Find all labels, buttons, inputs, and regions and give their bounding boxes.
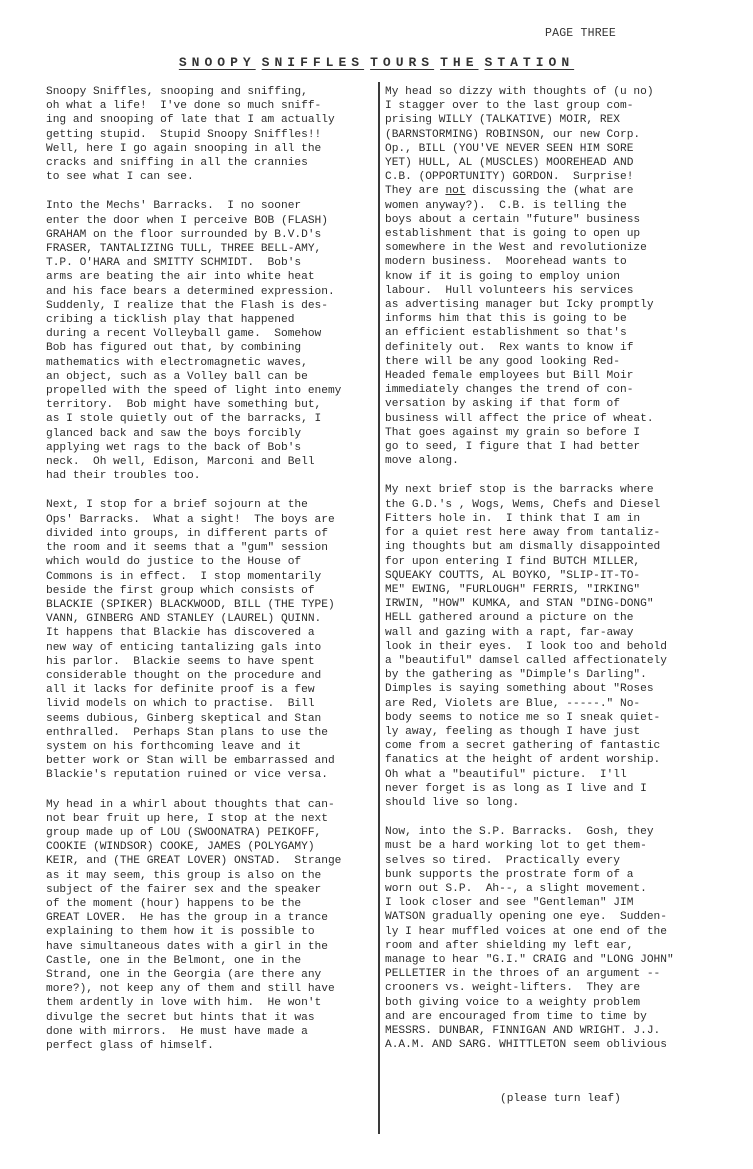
text-line: which would do justice to the House of [46, 555, 341, 569]
text-line: Blackie's reputation ruined or vice vers… [46, 768, 341, 782]
text-line: modern business. Moorehead wants to [385, 255, 674, 269]
text-line: informs him that this is going to be [385, 312, 674, 326]
text-line: Fitters hole in. I think that I am in [385, 512, 674, 526]
text-line: should live so long. [385, 796, 674, 810]
text-line: move along. [385, 454, 674, 468]
text-line: worn out S.P. Ah--, a slight movement. [385, 882, 674, 896]
text-line: arms are beating the air into white heat [46, 270, 341, 284]
text-line: Commons is in effect. I stop momentarily [46, 570, 341, 584]
text-line: That goes against my grain so before I [385, 426, 674, 440]
title-word: THE [440, 55, 478, 70]
text-line: SQUEAKY COUTTS, AL BOYKO, "SLIP-IT-TO- [385, 569, 674, 583]
text-line: must be a hard working lot to get them- [385, 839, 674, 853]
text-line: considerable thought on the procedure an… [46, 669, 341, 683]
text-line: MESSRS. DUNBAR, FINNIGAN AND WRIGHT. J.J… [385, 1024, 674, 1038]
text-line: subject of the fairer sex and the speake… [46, 883, 341, 897]
text-line: wall and gazing with a rapt, far-away [385, 626, 674, 640]
text-line: IRWIN, "HOW" KUMKA, and STAN "DING-DONG" [385, 597, 674, 611]
text-line: and are encouraged from time to time by [385, 1010, 674, 1024]
text-line: I look closer and see "Gentleman" JIM [385, 896, 674, 910]
title-word: SNOOPY [179, 55, 256, 70]
text-line: his parlor. Blackie seems to have spent [46, 655, 341, 669]
text-line: (BARNSTORMING) ROBINSON, our new Corp. [385, 128, 674, 142]
text-line: My head so dizzy with thoughts of (u no) [385, 85, 674, 99]
text-line: WATSON gradually opening one eye. Sudden… [385, 910, 674, 924]
text-line: more?), not keep any of them and still h… [46, 982, 341, 996]
continuation-note: (please turn leaf) [500, 1093, 621, 1105]
text-line: bunk supports the prostrate form of a [385, 868, 674, 882]
text-line: Op., BILL (YOU'VE NEVER SEEN HIM SORE [385, 142, 674, 156]
paragraph: My head so dizzy with thoughts of (u no)… [385, 85, 674, 468]
text-line: establishment that is going to open up [385, 227, 674, 241]
text-line: an object, such as a Volley ball can be [46, 370, 341, 384]
text-line: VANN, GINBERG AND STANLEY (LAUREL) QUINN… [46, 612, 341, 626]
text-line: My next brief stop is the barracks where [385, 483, 674, 497]
text-line: as advertising manager but Icky promptly [385, 298, 674, 312]
text-line: prising WILLY (TALKATIVE) MOIR, REX [385, 113, 674, 127]
text-line: business will affect the price of wheat. [385, 412, 674, 426]
text-line: better work or Stan will be embarrassed … [46, 754, 341, 768]
left-column: Snoopy Sniffles, snooping and sniffing,o… [46, 85, 341, 1068]
text-line: as it may seem, this group is also on th… [46, 869, 341, 883]
text-line: FRASER, TANTALIZING TULL, THREE BELL-AMY… [46, 242, 341, 256]
text-line: YET) HULL, AL (MUSCLES) MOOREHEAD AND [385, 156, 674, 170]
paragraph: My next brief stop is the barracks where… [385, 483, 674, 810]
text-line: Ops' Barracks. What a sight! The boys ar… [46, 513, 341, 527]
title-word: SNIFFLES [262, 55, 364, 70]
text-line: them ardently in love with him. He won't [46, 996, 341, 1010]
text-line: divided into groups, in different parts … [46, 527, 341, 541]
title-word: STATION [485, 55, 575, 70]
text-line: boys about a certain "future" business [385, 213, 674, 227]
text-line: come from a secret gathering of fantasti… [385, 739, 674, 753]
text-line: glanced back and saw the boys forcibly [46, 427, 341, 441]
text-line: versation by asking if that form of [385, 397, 674, 411]
text-line: My head in a whirl about thoughts that c… [46, 798, 341, 812]
text-line: Dimples is saying something about "Roses [385, 682, 674, 696]
paragraph: Into the Mechs' Barracks. I no soonerent… [46, 199, 341, 483]
text-line: never forget is as long as I live and I [385, 782, 674, 796]
text-line: Snoopy Sniffles, snooping and sniffing, [46, 85, 341, 99]
text-line: getting stupid. Stupid Snoopy Sniffles!! [46, 128, 341, 142]
text-line: Bob has figured out that, by combining [46, 341, 341, 355]
text-line: Next, I stop for a brief sojourn at the [46, 498, 341, 512]
paragraph: My head in a whirl about thoughts that c… [46, 798, 341, 1054]
text-line: women anyway?). C.B. is telling the [385, 199, 674, 213]
text-line: It happens that Blackie has discovered a [46, 626, 341, 640]
paragraph: Next, I stop for a brief sojourn at theO… [46, 498, 341, 782]
text-line: for a quiet rest here away from tantaliz… [385, 526, 674, 540]
title-word: TOURS [370, 55, 434, 70]
text-line: definitely out. Rex wants to know if [385, 341, 674, 355]
text-line: A.A.M. AND SARG. WHITTLETON seem oblivio… [385, 1038, 674, 1052]
text-line: ME" EWING, "FURLOUGH" FERRIS, "IRKING" [385, 583, 674, 597]
text-line: somewhere in the West and revolutionize [385, 241, 674, 255]
text-line: cribing a ticklish play that happened [46, 313, 341, 327]
paragraph: Now, into the S.P. Barracks. Gosh, theym… [385, 825, 674, 1052]
text-line: fanatics at the height of ardent worship… [385, 753, 674, 767]
text-line: done with mirrors. He must have made a [46, 1025, 341, 1039]
text-line: ly I hear muffled voices at one end of t… [385, 925, 674, 939]
text-line: COOKIE (WINDSOR) COOKE, JAMES (POLYGAMY) [46, 840, 341, 854]
right-column: My head so dizzy with thoughts of (u no)… [385, 85, 674, 1067]
column-divider [378, 82, 380, 1134]
text-line: PELLETIER in the throes of an argument -… [385, 967, 674, 981]
text-line: territory. Bob might have something but, [46, 398, 341, 412]
text-line: They are not discussing the (what are [385, 184, 674, 198]
text-line: GRAHAM on the floor surrounded by B.V.D'… [46, 228, 341, 242]
text-line: the room and it seems that a "gum" sessi… [46, 541, 341, 555]
text-line: GREAT LOVER. He has the group in a tranc… [46, 911, 341, 925]
text-line: know if it is going to employ union [385, 270, 674, 284]
text-line: applying wet rags to the back of Bob's [46, 441, 341, 455]
text-line: divulge the secret but hints that it was [46, 1011, 341, 1025]
text-line: room and after shielding my left ear, [385, 939, 674, 953]
text-line: Well, here I go again snooping in all th… [46, 142, 341, 156]
text-line: Headed female employees but Bill Moir [385, 369, 674, 383]
text-line: an efficient establishment so that's [385, 326, 674, 340]
text-line: livid models on which to practise. Bill [46, 697, 341, 711]
text-line: Now, into the S.P. Barracks. Gosh, they [385, 825, 674, 839]
text-line: I stagger over to the last group com- [385, 99, 674, 113]
text-line: labour. Hull volunteers his services [385, 284, 674, 298]
text-line: BLACKIE (SPIKER) BLACKWOOD, BILL (THE TY… [46, 598, 341, 612]
text-line: enthralled. Perhaps Stan plans to use th… [46, 726, 341, 740]
text-line: ing and snooping of late that I am actua… [46, 113, 341, 127]
text-line: and his face bears a determined expressi… [46, 285, 341, 299]
text-line: ing thoughts but am dismally disappointe… [385, 540, 674, 554]
text-line: crooners vs. weight-lifters. They are [385, 981, 674, 995]
text-line: propelled with the speed of light into e… [46, 384, 341, 398]
text-line: oh what a life! I've done so much sniff- [46, 99, 341, 113]
text-line: look in their eyes. I look too and behol… [385, 640, 674, 654]
text-line: Oh what a "beautiful" picture. I'll [385, 768, 674, 782]
text-line: neck. Oh well, Edison, Marconi and Bell [46, 455, 341, 469]
text-line: by the gathering as "Dimple's Darling". [385, 668, 674, 682]
text-line: manage to hear "G.I." CRAIG and "LONG JO… [385, 953, 674, 967]
text-line: had their troubles too. [46, 469, 341, 483]
text-line: T.P. O'HARA and SMITTY SCHMIDT. Bob's [46, 256, 341, 270]
text-line: seems dubious, Ginberg skeptical and Sta… [46, 712, 341, 726]
text-line: Strand, one in the Georgia (are there an… [46, 968, 341, 982]
text-line: KEIR, and (THE GREAT LOVER) ONSTAD. Stra… [46, 854, 341, 868]
text-line: ly away, feeling as though I have just [385, 725, 674, 739]
text-line: enter the door when I perceive BOB (FLAS… [46, 214, 341, 228]
text-line: system on his forthcoming leave and it [46, 740, 341, 754]
text-line: beside the first group which consists of [46, 584, 341, 598]
text-line: during a recent Volleyball game. Somehow [46, 327, 341, 341]
text-line: are Red, Violets are Blue, -----." No- [385, 697, 674, 711]
text-line: for upon entering I find BUTCH MILLER, [385, 555, 674, 569]
text-line: cracks and sniffing in all the crannies [46, 156, 341, 170]
text-line: not bear fruit up here, I stop at the ne… [46, 812, 341, 826]
text-line: Into the Mechs' Barracks. I no sooner [46, 199, 341, 213]
text-line: all it lacks for definite proof is a few [46, 683, 341, 697]
text-line: body seems to notice me so I sneak quiet… [385, 711, 674, 725]
text-line: Castle, one in the Belmont, one in the [46, 954, 341, 968]
text-line: as I stole quietly out of the barracks, … [46, 412, 341, 426]
text-line: new way of enticing tantalizing gals int… [46, 641, 341, 655]
text-line: to see what I can see. [46, 170, 341, 184]
text-line: perfect glass of himself. [46, 1039, 341, 1053]
text-line: Suddenly, I realize that the Flash is de… [46, 299, 341, 313]
paragraph: Snoopy Sniffles, snooping and sniffing,o… [46, 85, 341, 184]
text-line: have simultaneous dates with a girl in t… [46, 940, 341, 954]
text-line: selves so tired. Practically every [385, 854, 674, 868]
page-number: PAGE THREE [545, 27, 616, 40]
text-line: explaining to them how it is possible to [46, 925, 341, 939]
text-line: group made up of LOU (SWOONATRA) PEIKOFF… [46, 826, 341, 840]
text-line: of the moment (hour) happens to be the [46, 897, 341, 911]
text-line: there will be any good looking Red- [385, 355, 674, 369]
article-title: SNOOPYSNIFFLESTOURSTHESTATION [0, 55, 753, 70]
text-line: C.B. (OPPORTUNITY) GORDON. Surprise! [385, 170, 674, 184]
text-line: HELL gathered around a picture on the [385, 611, 674, 625]
text-line: a "beautiful" damsel called affectionate… [385, 654, 674, 668]
text-line: both giving voice to a weighty problem [385, 996, 674, 1010]
text-line: the G.D.'s , Wogs, Wems, Chefs and Diese… [385, 498, 674, 512]
text-line: go to seed, I figure that I had better [385, 440, 674, 454]
text-line: mathematics with electromagnetic waves, [46, 356, 341, 370]
text-line: immediately changes the trend of con- [385, 383, 674, 397]
